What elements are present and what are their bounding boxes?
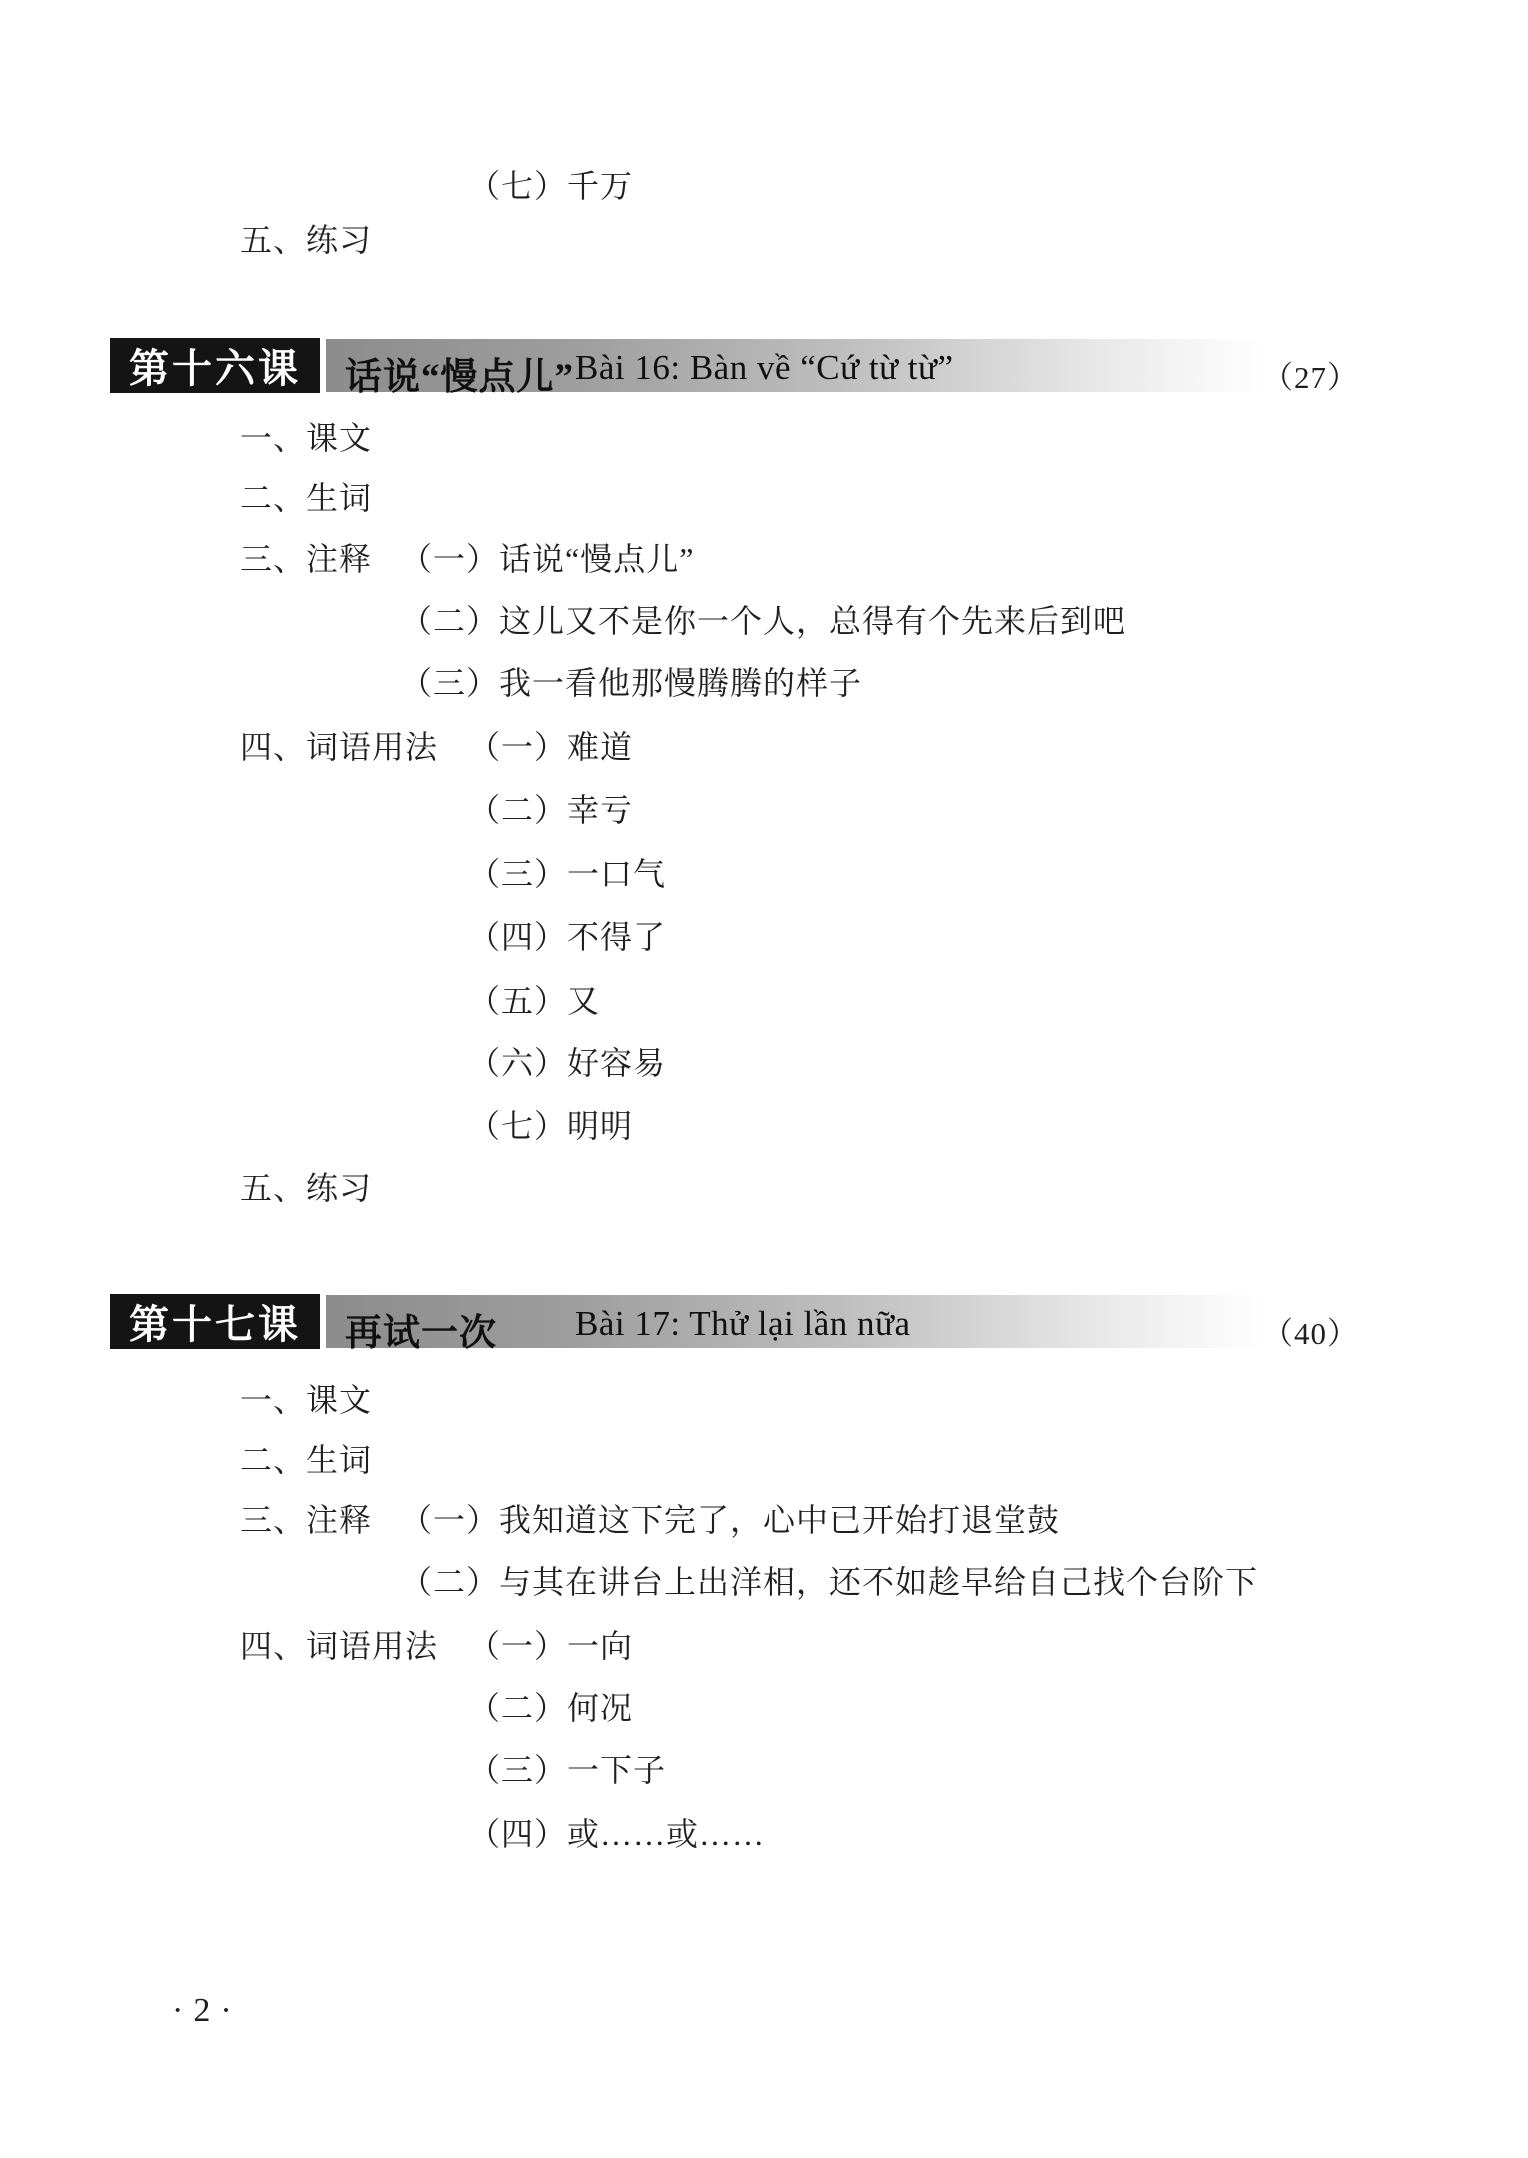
lesson-title-vietnamese: Bài 17: Thử lại lần nữa xyxy=(575,1304,911,1344)
toc-note-entry: （一）话说“慢点儿” xyxy=(400,541,694,578)
toc-usage-entry: （三）一下子 xyxy=(468,1752,666,1789)
lesson-badge: 第十六课 xyxy=(110,338,320,393)
toc-usage-entry: （七）明明 xyxy=(468,1108,633,1145)
toc-item-level1: 三、注释 xyxy=(240,541,372,577)
toc-usage-entry: （四）不得了 xyxy=(468,919,666,956)
lesson-page-number: （27） xyxy=(1262,352,1359,397)
lesson-badge: 第十七课 xyxy=(110,1294,320,1349)
toc-usage-entry: （七）千万 xyxy=(468,168,633,205)
toc-item-level1: 五、练习 xyxy=(240,1170,372,1207)
page-number-footer: ·2· xyxy=(172,1992,242,2030)
toc-item-level1: 四、词语用法 xyxy=(240,1628,438,1664)
toc-usage-entry: （一）一向 xyxy=(468,1628,633,1665)
toc-note-entry: （二）与其在讲台上出洋相，还不如趁早给自己找个台阶下 xyxy=(400,1564,1258,1601)
toc-item-with-sub: 四、词语用法 （一）一向 xyxy=(240,1628,438,1665)
toc-item-level1: 二、生词 xyxy=(240,480,372,517)
toc-usage-entry: （三）一口气 xyxy=(468,856,666,893)
toc-item-level1: 一、课文 xyxy=(240,420,372,457)
lesson-title-chinese: 话说“慢点儿” xyxy=(345,346,574,400)
toc-item-with-sub: 三、注释 （一）话说“慢点儿” xyxy=(240,541,372,578)
toc-item-level1: 二、生词 xyxy=(240,1442,372,1479)
toc-item-level1: 四、词语用法 xyxy=(240,729,438,765)
toc-item-level1: 三、注释 xyxy=(240,1502,372,1538)
toc-page: { "prev_section": { "usage_7": "（七）千万", … xyxy=(0,0,1528,2158)
toc-usage-entry: （一）难道 xyxy=(468,729,633,766)
lesson-17-header: 第十七课 再试一次 Bài 17: Thử lại lần nữa （40） xyxy=(0,1295,1528,1348)
toc-usage-entry: （二）幸亏 xyxy=(468,792,633,829)
toc-usage-entry: （五）又 xyxy=(468,983,600,1020)
toc-usage-entry: （二）何况 xyxy=(468,1690,633,1727)
toc-item-with-sub: 四、词语用法 （一）难道 xyxy=(240,729,438,766)
toc-note-entry: （一）我知道这下完了，心中已开始打退堂鼓 xyxy=(400,1502,1060,1539)
toc-note-entry: （二）这儿又不是你一个人，总得有个先来后到吧 xyxy=(400,603,1126,640)
lesson-title-chinese: 再试一次 xyxy=(345,1302,497,1356)
toc-usage-entry: （六）好容易 xyxy=(468,1045,666,1082)
lesson-page-number: （40） xyxy=(1262,1308,1359,1353)
toc-note-entry: （三）我一看他那慢腾腾的样子 xyxy=(400,665,862,702)
lesson-title-vietnamese: Bài 16: Bàn về “Cứ từ từ” xyxy=(575,348,954,388)
lesson-16-header: 第十六课 话说“慢点儿” Bài 16: Bàn về “Cứ từ từ” （… xyxy=(0,339,1528,392)
toc-item-level1: 五、练习 xyxy=(240,222,372,259)
toc-item-level1: 一、课文 xyxy=(240,1382,372,1419)
toc-usage-entry: （四）或……或…… xyxy=(468,1816,765,1853)
toc-item-with-sub: 三、注释 （一）我知道这下完了，心中已开始打退堂鼓 xyxy=(240,1502,372,1539)
